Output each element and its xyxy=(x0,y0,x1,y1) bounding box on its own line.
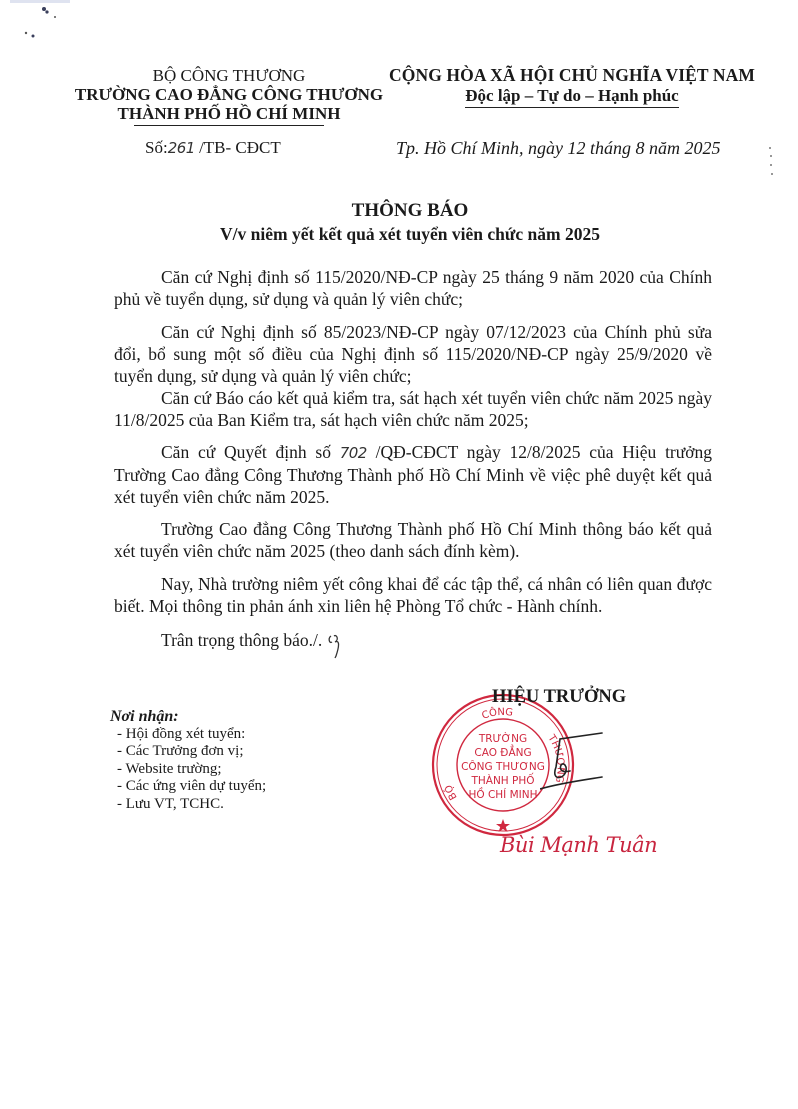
p4-text-before: Căn cứ Quyết định số xyxy=(161,442,340,462)
paragraph-legal-basis-1: Căn cứ Nghị định số 115/2020/NĐ-CP ngày … xyxy=(114,266,712,310)
number-suffix: /TB- CĐCT xyxy=(199,138,281,157)
handwritten-decision-number: 702 xyxy=(340,444,367,462)
paragraph-publication: Nay, Nhà trường niêm yết công khai để cá… xyxy=(114,573,712,617)
recipient-item: - Các Trưởng đơn vị; xyxy=(110,743,266,761)
ministry-name: BỘ CÔNG THƯƠNG xyxy=(64,66,394,85)
svg-text:BỘ: BỘ xyxy=(442,783,460,801)
place-and-date: Tp. Hồ Chí Minh, ngày 12 tháng 8 năm 202… xyxy=(396,138,721,159)
signer-title: HIỆU TRƯỞNG xyxy=(492,687,626,708)
recipient-item: - Lưu VT, TCHC. xyxy=(110,796,266,814)
seal-line: THÀNH PHỐ xyxy=(470,773,534,787)
star-icon xyxy=(496,819,510,832)
recipients-heading: Nơi nhận: xyxy=(110,708,266,726)
initial-mark-icon xyxy=(327,630,347,660)
seal-ring-left: BỘ xyxy=(442,783,460,801)
school-name-line2: THÀNH PHỐ HỒ CHÍ MINH xyxy=(64,104,394,123)
recipients-block: Nơi nhận: - Hội đồng xét tuyển: - Các Tr… xyxy=(110,708,266,813)
nation-name: CỘNG HÒA XÃ HỘI CHỦ NGHĨA VIỆT NAM xyxy=(372,66,772,85)
signer-name: Bùi Mạnh Tuân xyxy=(500,833,657,857)
recipient-item: - Các ứng viên dự tuyển; xyxy=(110,778,266,796)
recipient-item: - Website trường; xyxy=(110,761,266,779)
national-motto: Độc lập – Tự do – Hạnh phúc xyxy=(465,85,678,108)
paragraph-legal-basis-4: Căn cứ Quyết định số 702 /QĐ-CĐCT ngày 1… xyxy=(114,441,712,508)
closing-line: Trân trọng thông báo./. xyxy=(161,630,347,660)
document-subtitle: V/v niêm yết kết quả xét tuyển viên chức… xyxy=(0,223,798,245)
recipient-item: - Hội đồng xét tuyển: xyxy=(110,726,266,744)
seal-line: CÔNG THƯƠNG xyxy=(461,760,545,773)
number-prefix: Số: xyxy=(145,138,168,157)
national-heading: CỘNG HÒA XÃ HỘI CHỦ NGHĨA VIỆT NAM Độc l… xyxy=(372,66,772,108)
issuing-agency: BỘ CÔNG THƯƠNG TRƯỜNG CAO ĐẲNG CÔNG THƯƠ… xyxy=(64,66,394,126)
document-number: Số:261 /TB- CĐCT xyxy=(145,138,281,158)
seal-line: HỒ CHÍ MINH xyxy=(468,787,537,801)
handwritten-signature xyxy=(540,727,630,797)
paragraph-announcement: Trường Cao đẳng Công Thương Thành phố Hồ… xyxy=(114,518,712,562)
paragraph-legal-basis-2: Căn cứ Nghị định số 85/2023/NĐ-CP ngày 0… xyxy=(114,321,712,387)
seal-line: TRƯỜNG xyxy=(478,732,527,745)
header-underline xyxy=(134,125,324,126)
school-name-line1: TRƯỜNG CAO ĐẲNG CÔNG THƯƠNG xyxy=(64,85,394,104)
handwritten-number: 261 xyxy=(168,139,195,157)
closing-text: Trân trọng thông báo./. xyxy=(161,630,322,650)
paragraph-legal-basis-3: Căn cứ Báo cáo kết quả kiểm tra, sát hạc… xyxy=(114,387,712,431)
document-title: THÔNG BÁO xyxy=(0,200,798,222)
seal-line: CAO ĐẲNG xyxy=(474,744,531,759)
